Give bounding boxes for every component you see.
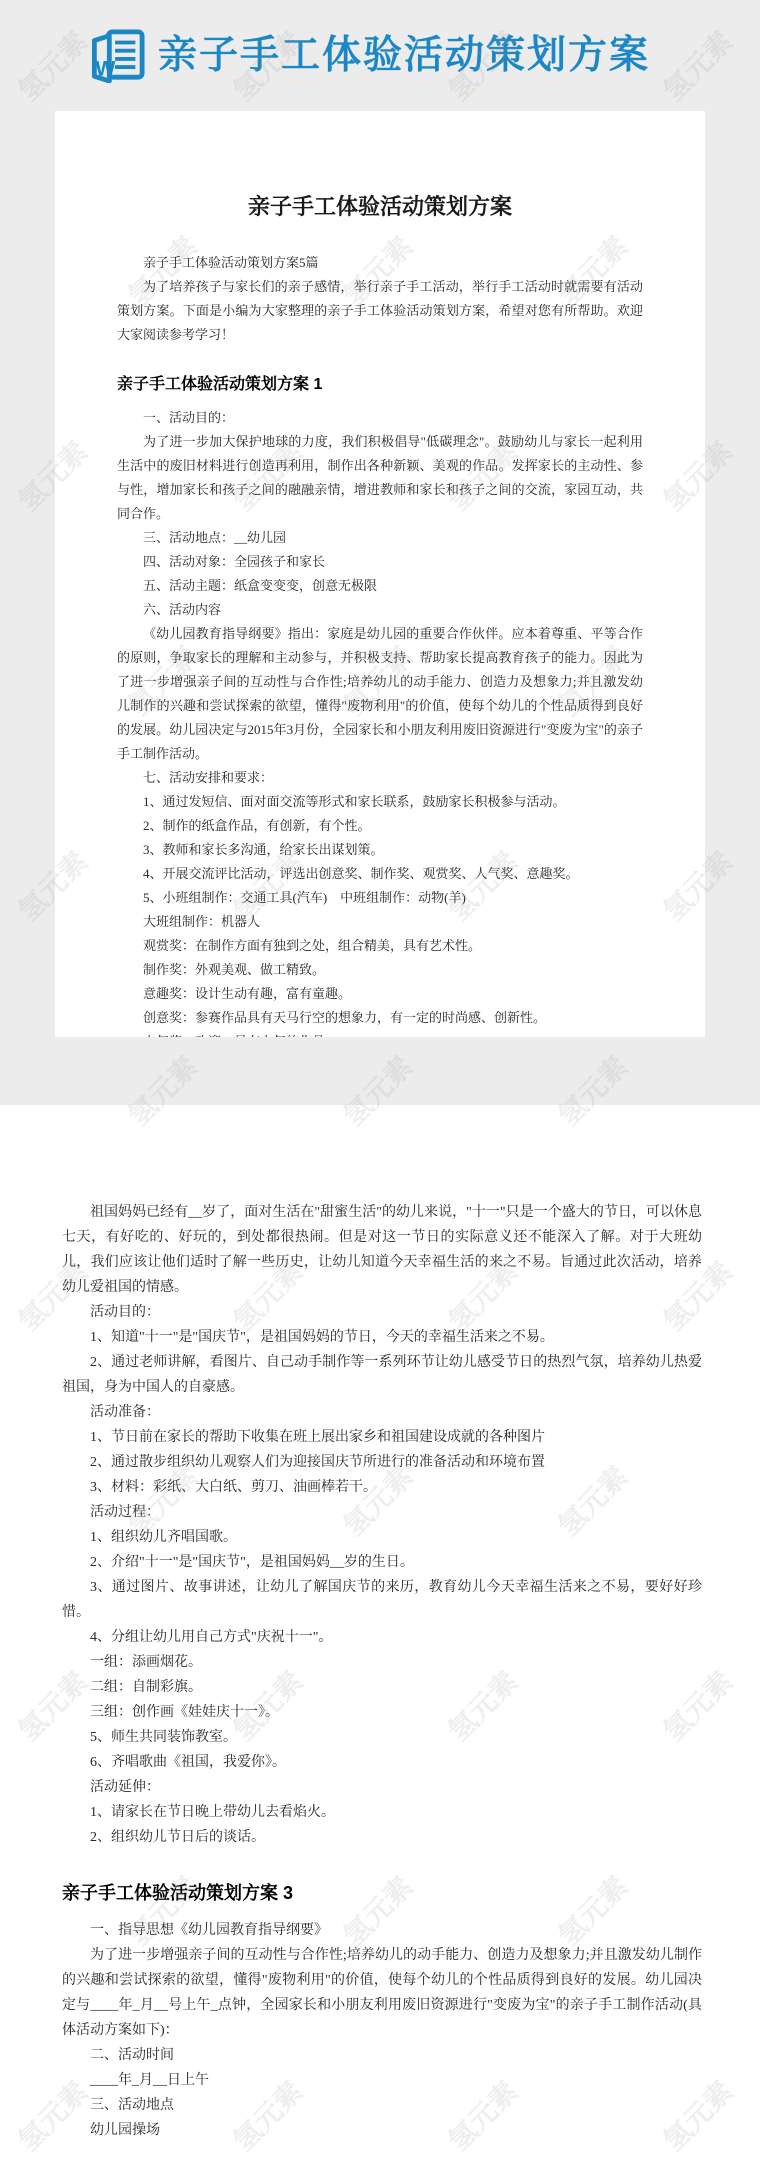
paragraph: 三组：创作画《娃娃庆十一》。 <box>62 1700 702 1725</box>
word-document-icon: W <box>90 29 146 83</box>
paragraph: 5、师生共同装饰教室。 <box>62 1725 702 1750</box>
site-header: W 亲子手工体验活动策划方案 <box>0 0 760 111</box>
paragraph: 观赏奖：在制作方面有独到之处，组合精美，具有艺术性。 <box>117 934 643 958</box>
document-title: 亲子手工体验活动策划方案 <box>117 191 643 223</box>
paragraph: 活动目的： <box>62 1300 702 1325</box>
document-page-1: 亲子手工体验活动策划方案 亲子手工体验活动策划方案5篇为了培养孩子与家长们的亲子… <box>55 111 705 1037</box>
paragraph: 5、小班组制作：交通工具(汽车) 中班组制作：动物(羊) <box>117 886 643 910</box>
paragraph: 1、节日前在家长的帮助下收集在班上展出家乡和祖国建设成就的各种图片 <box>62 1425 702 1450</box>
paragraph: 二组：自制彩旗。 <box>62 1675 702 1700</box>
paragraph: 祖国妈妈已经有__岁了，面对生活在"甜蜜生活"的幼儿来说，"十一"只是一个盛大的… <box>62 1200 702 1300</box>
paragraph: 2、组织幼儿节日后的谈话。 <box>62 1825 702 1850</box>
page-gap <box>0 1037 760 1105</box>
paragraph: 创意奖：参赛作品具有天马行空的想象力，有一定的时尚感、创新性。 <box>117 1006 643 1030</box>
paragraph: 2、制作的纸盒作品，有创新，有个性。 <box>117 814 643 838</box>
site-title: 亲子手工体验活动策划方案 <box>158 36 650 75</box>
paragraph: 1、知道"十一"是"国庆节"，是祖国妈妈的节日，今天的幸福生活来之不易。 <box>62 1325 702 1350</box>
paragraph: 三、活动地点 <box>62 2093 702 2118</box>
svg-text:W: W <box>95 57 115 80</box>
site-logo[interactable]: W 亲子手工体验活动策划方案 <box>90 29 650 83</box>
paragraph: 意趣奖：设计生动有趣，富有童趣。 <box>117 982 643 1006</box>
paragraph: 活动准备： <box>62 1400 702 1425</box>
paragraph: 为了培养孩子与家长们的亲子感情，举行亲子手工活动，举行手工活动时就需要有活动策划… <box>117 275 643 347</box>
paragraph: 一、活动目的： <box>117 406 643 430</box>
section-heading: 亲子手工体验活动策划方案 1 <box>117 373 643 397</box>
paragraph: 大班组制作：机器人 <box>117 910 643 934</box>
paragraph: 2、通过散步组织幼儿观察人们为迎接国庆节所进行的准备活动和环境布置 <box>62 1450 702 1475</box>
paragraph: 二、活动时间 <box>62 2043 702 2068</box>
paragraph: 《幼儿园教育指导纲要》指出：家庭是幼儿园的重要合作伙伴。应本着尊重、平等合作的原… <box>117 622 643 766</box>
paragraph: 为了进一步增强亲子间的互动性与合作性;培养幼儿的动手能力、创造力及想象力;并且激… <box>62 1943 702 2043</box>
paragraph: 制作奖：外观美观、做工精致。 <box>117 958 643 982</box>
paragraph: ____年_月__日上午 <box>62 2068 702 2093</box>
paragraph: 1、通过发短信、面对面交流等形式和家长联系，鼓励家长积极参与活动。 <box>117 790 643 814</box>
paragraph: 1、组织幼儿齐唱国歌。 <box>62 1525 702 1550</box>
paragraph: 幼儿园操场 <box>62 2118 702 2143</box>
paragraph: 3、教师和家长多沟通，给家长出谋划策。 <box>117 838 643 862</box>
paragraph: 七、活动安排和要求： <box>117 766 643 790</box>
paragraph: 2、通过老师讲解，看图片、自己动手制作等一系列环节让幼儿感受节日的热烈气氛，培养… <box>62 1350 702 1400</box>
paragraph: 四、活动对象：全园孩子和家长 <box>117 550 643 574</box>
paragraph: 1、请家长在节日晚上带幼儿去看焰火。 <box>62 1800 702 1825</box>
paragraph: 五、活动主题：纸盒变变变，创意无极限 <box>117 574 643 598</box>
paragraph: 3、通过图片、故事讲述，让幼儿了解国庆节的来历，教育幼儿今天幸福生活来之不易，要… <box>62 1575 702 1625</box>
page1-paragraphs: 亲子手工体验活动策划方案5篇为了培养孩子与家长们的亲子感情，举行亲子手工活动，举… <box>117 251 643 1037</box>
paragraph: 4、开展交流评比活动，评选出创意奖、制作奖、观赏奖、人气奖、意趣奖。 <box>117 862 643 886</box>
document-page-2: 祖国妈妈已经有__岁了，面对生活在"甜蜜生活"的幼儿来说，"十一"只是一个盛大的… <box>0 1105 760 2178</box>
paragraph: 为了进一步加大保护地球的力度，我们积极倡导"低碳理念"。鼓励幼儿与家长一起利用生… <box>117 430 643 526</box>
paragraph: 4、分组让幼儿用自己方式"庆祝十一"。 <box>62 1625 702 1650</box>
page2-paragraphs: 祖国妈妈已经有__岁了，面对生活在"甜蜜生活"的幼儿来说，"十一"只是一个盛大的… <box>62 1200 702 2143</box>
section-heading: 亲子手工体验活动策划方案 3 <box>62 1880 702 1906</box>
paragraph: 一、指导思想《幼儿园教育指导纲要》 <box>62 1918 702 1943</box>
paragraph: 三、活动地点：__幼儿园 <box>117 526 643 550</box>
paragraph: 活动过程： <box>62 1500 702 1525</box>
paragraph: 亲子手工体验活动策划方案5篇 <box>117 251 643 275</box>
paragraph: 2、介绍"十一"是"国庆节"，是祖国妈妈__岁的生日。 <box>62 1550 702 1575</box>
paragraph: 一组：添画烟花。 <box>62 1650 702 1675</box>
paragraph: 活动延伸： <box>62 1775 702 1800</box>
paragraph: 六、活动内容 <box>117 598 643 622</box>
paragraph: 6、齐唱歌曲《祖国，我爱你》。 <box>62 1750 702 1775</box>
paragraph: 3、材料：彩纸、大白纸、剪刀、油画棒若干。 <box>62 1475 702 1500</box>
paragraph: 人气奖：欢迎，最有人气的作品。 <box>117 1030 643 1037</box>
